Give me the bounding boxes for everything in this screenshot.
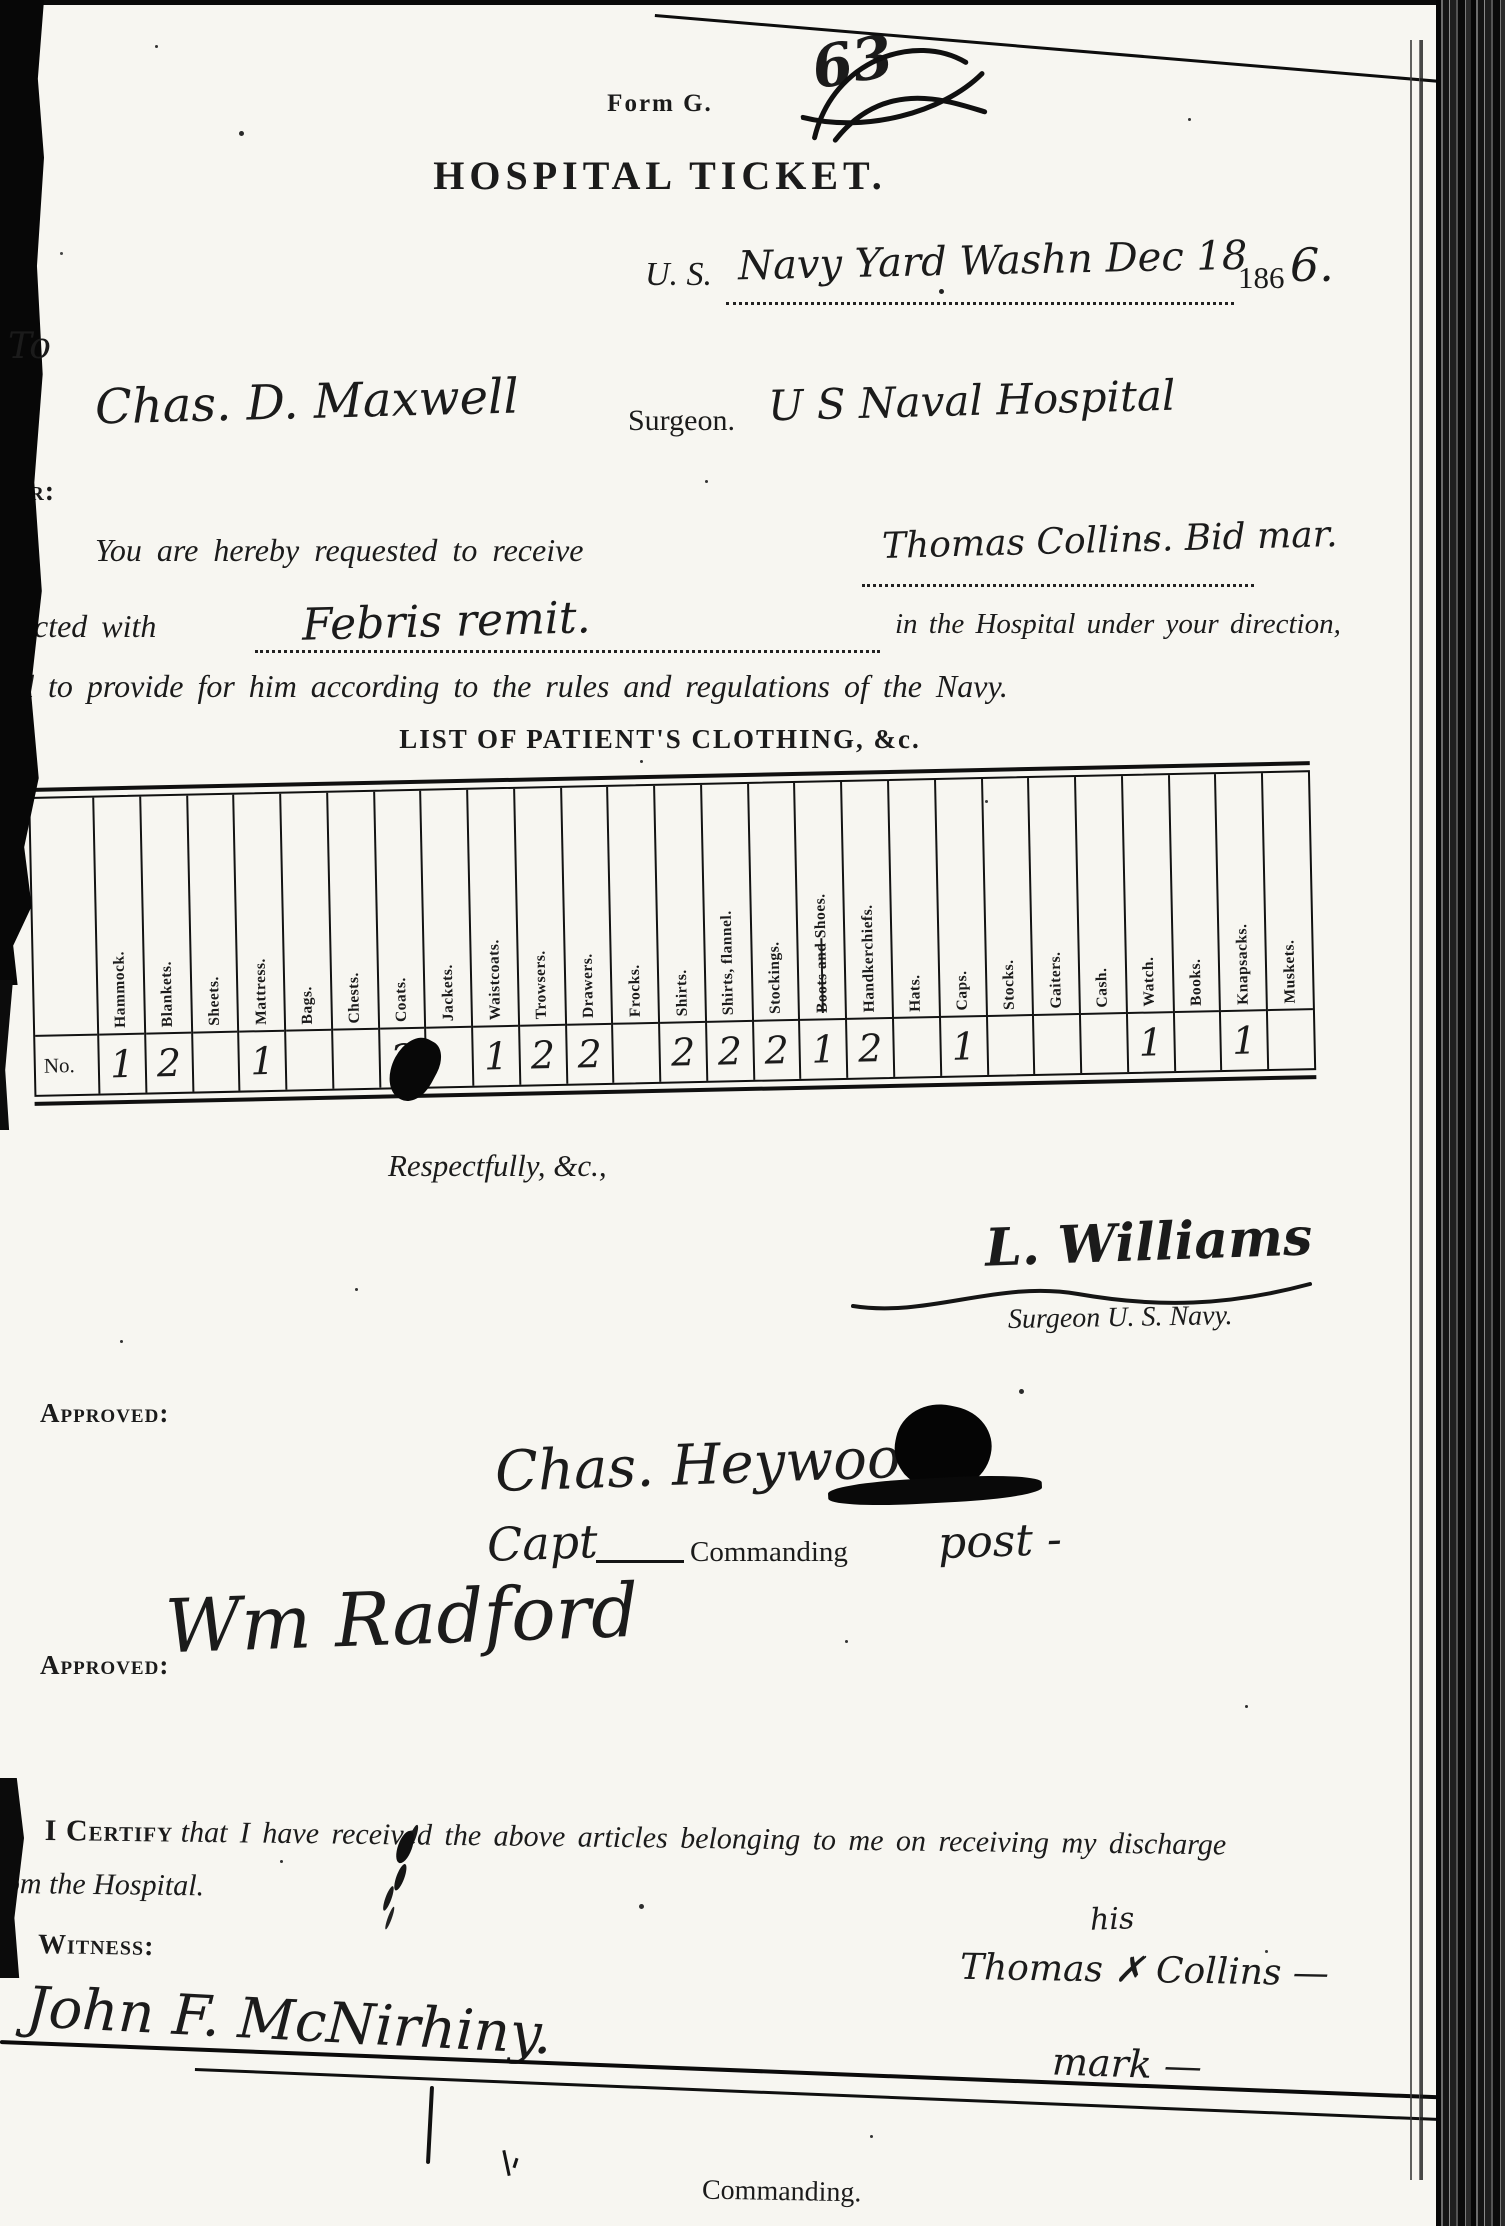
clothing-column-value [333, 1028, 379, 1089]
scan-right-binding-streaks-inner [1404, 40, 1436, 2180]
clothing-column: Frocks. [607, 786, 660, 1083]
clothing-column-header: Shirts, flannel. [702, 784, 752, 1021]
clothing-column: Books. [1168, 774, 1221, 1071]
clothing-column: Handkerchiefs.2 [840, 781, 893, 1078]
clothing-column-header: Blankets. [141, 796, 191, 1033]
clothing-column-value: 1 [1221, 1009, 1267, 1070]
patient-mark-name: Thomas ✗ Collins — [960, 1947, 1330, 1994]
request-line2-handwriting: Febris remit. [301, 592, 591, 651]
clothing-column: Shirts.2 [653, 785, 706, 1082]
clothing-column-value: 1 [800, 1018, 846, 1079]
footer-commanding: Commanding. [702, 2175, 862, 2210]
scan-top-diagonal-edge [655, 14, 1505, 90]
clothing-column-value [988, 1014, 1034, 1075]
clothing-table: No. Hammock.1Blankets.2Sheets.Mattress.1… [28, 761, 1316, 1106]
clothing-column-header: Bags. [281, 793, 331, 1030]
clothing-column-value: 2 [847, 1017, 893, 1078]
clothing-table-columns: No. Hammock.1Blankets.2Sheets.Mattress.1… [28, 770, 1316, 1097]
clothing-column-value [286, 1029, 332, 1090]
clothing-column-value [894, 1016, 940, 1077]
clothing-row-label-column: No. [30, 798, 98, 1095]
clothing-column: Caps.1 [934, 779, 987, 1076]
clothing-column-header: Sheets. [188, 795, 238, 1032]
dateline-year-printed: 186 [1238, 260, 1285, 296]
clothing-column-value: 2 [660, 1021, 706, 1082]
clothing-column: Sheets. [186, 795, 239, 1092]
approver-signature-2: Wm Radford [164, 1568, 640, 1670]
clothing-column-header: Mattress. [234, 794, 284, 1031]
clothing-column-header: Chests. [328, 792, 378, 1029]
clothing-column-value [193, 1031, 239, 1092]
clothing-column-header: Hats. [889, 780, 939, 1017]
clothing-column-header: Coats. [375, 791, 425, 1028]
addressee-station-handwriting: U S Naval Hospital [767, 371, 1176, 431]
clothing-column-header: Muskets. [1263, 772, 1313, 1009]
scan-left-black-strip-tail [0, 980, 13, 1130]
clothing-column-header: Stocks. [983, 778, 1033, 1015]
clothing-column-value [1034, 1013, 1080, 1074]
clothing-column-value [1081, 1012, 1127, 1073]
surgeon-signature: L. Williams [984, 1206, 1313, 1278]
clothing-column: Cash. [1074, 776, 1127, 1073]
request-line3-printed: and to provide for him according to the … [0, 668, 1008, 705]
scan-ink-mark [502, 2150, 510, 2176]
clothing-column-value: 1 [239, 1030, 285, 1091]
rank-connecting-stroke [596, 1560, 684, 1563]
patient-mark-his: his [1089, 1901, 1135, 1938]
clothing-column: Trowsers.2 [513, 788, 566, 1085]
witness-label: Witness: [38, 1929, 155, 1963]
clothing-column: Hammock.1 [92, 797, 145, 1094]
clothing-column: Muskets. [1261, 772, 1314, 1069]
request-line1-rule [862, 582, 1254, 587]
scan-top-edge [0, 0, 1505, 5]
clothing-column: Stockings.2 [747, 783, 800, 1080]
clothing-column-value [1175, 1010, 1221, 1071]
request-line1-printed: You are hereby requested to receive [95, 532, 583, 569]
request-line1-handwriting: Thomas Collins. Bid mar. [882, 514, 1338, 567]
clothing-column: Mattress.1 [232, 794, 285, 1091]
clothing-column: Stocks. [981, 778, 1034, 1075]
clothing-column-value: 2 [567, 1023, 613, 1084]
certify-line1-rest: that I have received the above articles … [181, 1816, 1227, 1862]
clothing-column-value: 2 [146, 1032, 192, 1093]
clothing-column-value: 2 [754, 1019, 800, 1080]
clothing-column-value: 1 [99, 1033, 145, 1094]
clothing-column-value: 2 [707, 1020, 753, 1081]
scan-ink-mark-2 [513, 2158, 519, 2168]
clothing-column-header: Handkerchiefs. [842, 781, 892, 1018]
certification-line2: from the Hospital. [0, 1867, 204, 1904]
clothing-column: Knapsacks.1 [1214, 773, 1267, 1070]
clothing-column-header: Gaiters. [1029, 777, 1079, 1014]
dateline-prefix: U. S. [645, 256, 712, 294]
clothing-column: Boots and Shoes.1 [794, 782, 847, 1079]
addressee-title-printed: Surgeon. [628, 404, 735, 438]
addressee-name-handwriting: Chas. D. Maxwell [94, 368, 519, 435]
clothing-column-header: Cash. [1076, 776, 1126, 1013]
clothing-column: Bags. [279, 793, 332, 1090]
dateline-rule [726, 300, 1234, 305]
clothing-column-header: Books. [1170, 774, 1220, 1011]
clothing-row-label: No. [35, 1034, 98, 1095]
clothing-column-header: Waistcoats. [468, 789, 518, 1026]
clothing-column-header: Drawers. [562, 787, 612, 1024]
clothing-column: Chests. [326, 792, 379, 1089]
approved-label-2: Approved: [40, 1650, 169, 1681]
page-title: HOSPITAL TICKET. [410, 152, 910, 199]
scan-right-binding-streaks [1436, 0, 1505, 2226]
commanding-printed: Commanding [690, 1536, 848, 1569]
to-label: To [8, 326, 51, 367]
clothing-column: Gaiters. [1027, 777, 1080, 1074]
approved-label-1: Approved: [40, 1398, 169, 1429]
request-line2-rule [255, 648, 880, 653]
scan-ink-stroke [426, 2086, 434, 2164]
clothing-column: Hats. [887, 780, 940, 1077]
clothing-column-header: Watch. [1123, 775, 1173, 1012]
certification-line1: I Certify that I have received the above… [45, 1814, 1227, 1862]
clothing-column: Watch.1 [1121, 775, 1174, 1072]
clothing-column-value [1268, 1008, 1314, 1069]
form-label: Form G. [545, 90, 775, 118]
certify-prefix: I Certify [45, 1814, 174, 1849]
post-handwriting: post - [937, 1514, 1062, 1569]
request-line2-suffix: in the Hospital under your direction, [895, 608, 1341, 641]
clothing-column-value: 1 [1128, 1011, 1174, 1072]
clothing-column-header: Knapsacks. [1216, 773, 1266, 1010]
clothing-column-header: Stockings. [749, 783, 799, 1020]
scan-page-edge-line-2 [195, 2068, 1456, 2122]
clothing-column-header: Caps. [936, 779, 986, 1016]
clothing-column-header: Boots and Shoes. [796, 782, 846, 1019]
clothing-column-value: 2 [520, 1024, 566, 1085]
clothing-table-title: LIST OF PATIENT'S CLOTHING, &c. [360, 724, 960, 755]
clothing-column: Shirts, flannel.2 [700, 784, 753, 1081]
clothing-column-header: Frocks. [609, 786, 659, 1023]
respectfully-line: Respectfully, &c., [388, 1148, 607, 1184]
clothing-column: Waistcoats.1 [466, 789, 519, 1086]
clothing-column: Blankets.2 [139, 796, 192, 1093]
clothing-column-header: Hammock. [94, 797, 144, 1034]
clothing-column-value: 1 [473, 1025, 519, 1086]
rank-handwriting: Capt [486, 1514, 598, 1572]
clothing-column-header: Jackets. [422, 790, 472, 1027]
dateline-year-digit: 6. [1290, 238, 1334, 292]
dateline-handwriting: Navy Yard Washn Dec 18 [738, 233, 1248, 290]
surgeon-signature-flourish [848, 1272, 1318, 1317]
clothing-column-value [613, 1022, 659, 1083]
clothing-column-header: Shirts. [655, 785, 705, 1022]
clothing-column-header: Trowsers. [515, 788, 565, 1025]
clothing-column: Drawers.2 [560, 787, 613, 1084]
clothing-column-value: 1 [941, 1015, 987, 1076]
